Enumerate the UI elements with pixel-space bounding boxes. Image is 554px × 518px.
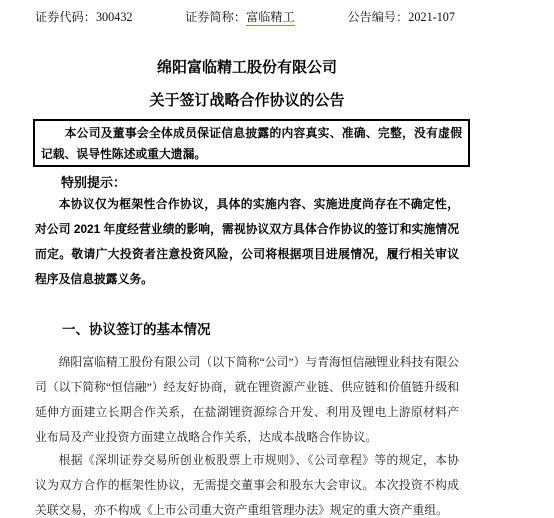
special-notice-heading: 特别提示： bbox=[35, 174, 554, 191]
company-title: 绵阳富临精工股份有限公司 bbox=[35, 58, 459, 78]
disclaimer-text: 本公司及董事会全体成员保证信息披露的内容真实、准确、完整，没有虚假记载、误导性陈… bbox=[41, 123, 462, 165]
special-notice-paragraph: 本协议仅为框架性合作协议，具体的实施内容、实施进度尚存在不确定性，对公司 202… bbox=[35, 192, 459, 292]
announcement-number-value: 2021-107 bbox=[408, 10, 455, 24]
stock-name: 证券简称：富临精工 bbox=[185, 10, 295, 25]
stock-code: 证券代码：300432 bbox=[35, 10, 133, 25]
section-one-paragraph-1: 绵阳富临精工股份有限公司（以下简称“公司”）与青海恒信融锂业科技有限公司（以下简… bbox=[35, 350, 459, 450]
disclaimer-box: 本公司及董事会全体成员保证信息披露的内容真实、准确、完整，没有虚假记载、误导性陈… bbox=[33, 119, 470, 167]
stock-name-label: 证券简称： bbox=[185, 10, 246, 24]
doc-header: 证券代码：300432 证券简称：富临精工 公告编号：2021-107 bbox=[35, 0, 455, 25]
announcement-title: 关于签订战略合作协议的公告 bbox=[35, 91, 459, 111]
announcement-number: 公告编号：2021-107 bbox=[347, 10, 455, 25]
announcement-page: 证券代码：300432 证券简称：富临精工 公告编号：2021-107 绵阳富临… bbox=[0, 0, 554, 518]
section-one-paragraph-2: 根据《深圳证券交易所创业板股票上市规则》、《公司章程》等的规定，本协议为双方合作… bbox=[35, 448, 459, 518]
stock-code-value: 300432 bbox=[96, 10, 133, 24]
announcement-number-label: 公告编号： bbox=[347, 10, 408, 24]
stock-code-label: 证券代码： bbox=[35, 10, 96, 24]
section-one-heading: 一、协议签订的基本情况 bbox=[35, 321, 554, 338]
stock-name-link[interactable]: 富临精工 bbox=[246, 10, 295, 26]
